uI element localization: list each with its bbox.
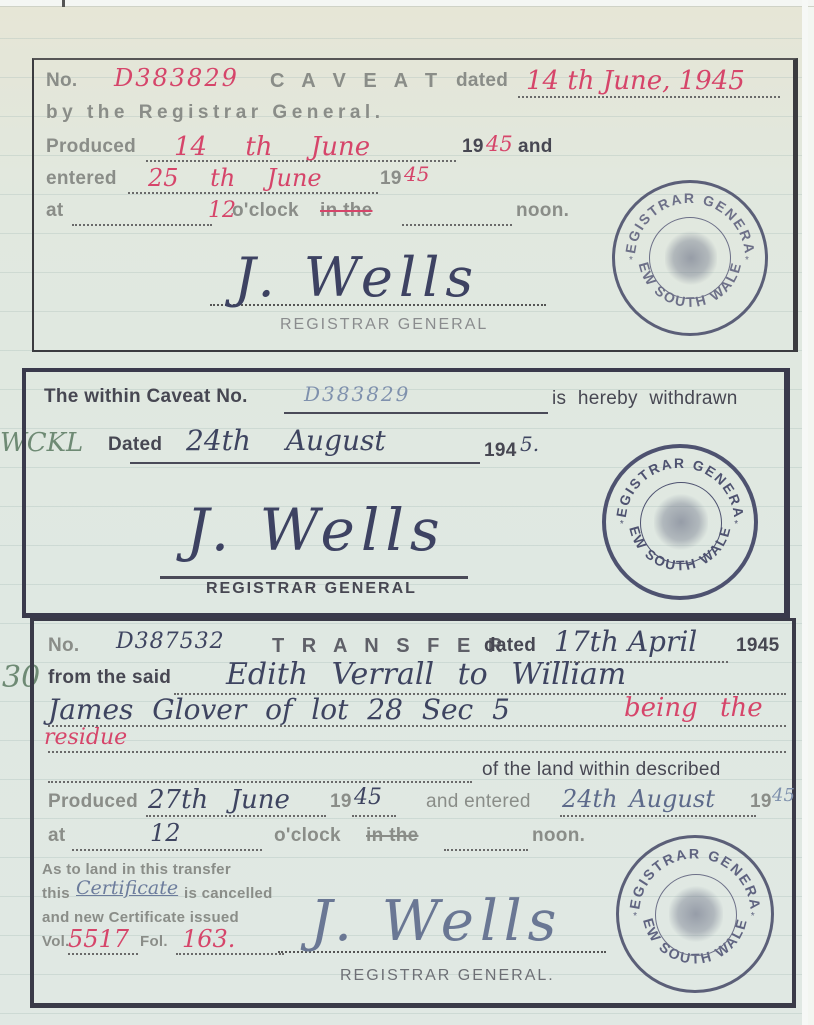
withdrawal-dated-value: 24th August: [186, 424, 386, 457]
caveat-produced-and: and: [518, 136, 553, 158]
caveat-oclock-text: o'clock: [232, 200, 299, 222]
withdrawal-year-prefix: 194: [484, 440, 517, 462]
withdrawal-dated-field-line: [130, 462, 480, 464]
transfer-in-the-struck: in the: [366, 825, 418, 847]
caveat-no-label: No.: [46, 70, 78, 92]
transfer-produced-value: 27th June: [148, 785, 290, 815]
coat-of-arms-icon: [654, 492, 708, 552]
transfer-at-label: at: [48, 825, 66, 847]
transfer-note-line-2-prefix: this: [42, 885, 70, 902]
transfer-note-line-2-suffix: is cancelled: [184, 885, 273, 902]
transfer-fol-value: 163.: [182, 925, 235, 953]
withdrawal-signature-line: [160, 576, 468, 579]
transfer-entry: No. D387532 T R A N S F E R dated 17th A…: [30, 618, 796, 1008]
caveat-period-field-line: [402, 224, 512, 226]
svg-text:*: *: [745, 255, 749, 266]
caveat-noon-text: noon.: [516, 200, 569, 222]
transfer-dated-value: 17th April: [554, 625, 697, 658]
transfer-dated-year: 1945: [736, 635, 779, 657]
transfer-from-line-1: Edith Verrall to William: [226, 657, 626, 692]
withdrawal-dated-label: Dated: [108, 434, 162, 456]
registrar-general-seal: REGISTRAR GENERAL NEW SOUTH WALES * *: [616, 835, 774, 993]
svg-text:*: *: [734, 519, 738, 530]
transfer-signatory-title: REGISTRAR GENERAL.: [340, 967, 555, 985]
transfer-vol-label: Vol.: [42, 933, 70, 950]
svg-text:*: *: [629, 255, 633, 266]
transfer-no-label: No.: [48, 635, 80, 657]
caveat-signature: J. Wells: [234, 246, 479, 309]
caveat-entered-value: 25 th June: [148, 164, 322, 192]
caveat-produced-label: Produced: [46, 136, 136, 158]
caveat-by-line: by the Registrar General.: [46, 102, 384, 124]
caveat-dated-field-line: [518, 96, 780, 98]
caveat-entry: No. D383829 C A V E A T dated 14 th June…: [32, 58, 798, 352]
transfer-land-text: of the land within described: [482, 759, 721, 781]
registrar-general-seal: REGISTRAR GENERAL NEW SOUTH WALES * *: [612, 180, 768, 336]
registrar-general-seal: REGISTRAR GENERAL NEW SOUTH WALES * *: [602, 444, 758, 600]
transfer-produced-label: Produced: [48, 791, 138, 813]
caveat-entered-label: entered: [46, 168, 117, 190]
transfer-from-field-line-3: [48, 751, 786, 753]
caveat-title: C A V E A T: [270, 70, 443, 93]
caveat-in-the-struck: in the: [320, 200, 372, 222]
transfer-produced-year-suffix: 45: [354, 785, 382, 810]
svg-text:*: *: [620, 519, 624, 530]
transfer-noon-text: noon.: [532, 825, 585, 847]
transfer-number: D387532: [116, 629, 225, 654]
transfer-signature: J. Wells: [310, 889, 562, 954]
withdrawal-number-field-line: [284, 412, 548, 414]
caveat-entered-field-line: [128, 192, 378, 194]
transfer-fol-field-line: [176, 953, 284, 955]
withdrawal-caveat-number: D383829: [304, 382, 410, 406]
caveat-at-field-line: [72, 224, 212, 226]
transfer-vol-value: 5517: [68, 925, 129, 953]
caveat-produced-year-prefix: 19: [462, 136, 484, 158]
transfer-land-field-line: [48, 781, 472, 783]
transfer-fol-label: Fol.: [140, 933, 168, 950]
transfer-oclock-text: o'clock: [274, 825, 341, 847]
coat-of-arms-icon: [669, 884, 723, 944]
withdrawal-lead-text: The within Caveat No.: [44, 386, 248, 408]
transfer-dated-label: dated: [484, 635, 536, 657]
caveat-produced-value: 14 th June: [174, 132, 370, 162]
transfer-produced-year-line: [352, 815, 396, 817]
transfer-entered-year-prefix: 19: [750, 791, 772, 813]
withdrawal-year-suffix: 5.: [520, 432, 539, 456]
transfer-hour-value: 12: [150, 819, 181, 847]
withdrawal-entry: The within Caveat No. D383829 is hereby …: [22, 368, 790, 618]
withdrawal-signatory-title: REGISTRAR GENERAL: [206, 580, 417, 598]
caveat-at-label: at: [46, 200, 64, 222]
withdrawal-trailing-text: is hereby withdrawn: [552, 388, 738, 410]
caveat-entered-year-suffix: 45: [404, 162, 429, 186]
caveat-dated-label: dated: [456, 70, 508, 92]
transfer-period-field-line: [444, 849, 528, 851]
page-top-edge: [0, 0, 814, 7]
withdrawal-signature: J. Wells: [186, 496, 446, 564]
caveat-entered-year-prefix: 19: [380, 168, 402, 190]
transfer-and-entered-label: and entered: [426, 791, 531, 813]
transfer-entered-value: 24th August: [562, 785, 715, 813]
svg-text:*: *: [633, 911, 637, 922]
transfer-entered-year-suffix: 45: [772, 785, 795, 806]
svg-text:*: *: [751, 911, 755, 922]
binding-mark: [62, 0, 65, 7]
transfer-from-line-3-red: residue: [44, 725, 127, 750]
caveat-produced-year-suffix: 45: [486, 132, 513, 156]
caveat-signatory-title: REGISTRAR GENERAL: [280, 316, 488, 334]
transfer-produced-field-line: [146, 815, 326, 817]
transfer-title: T R A N S F E R: [272, 635, 508, 658]
register-page: No. D383829 C A V E A T dated 14 th June…: [0, 0, 808, 1025]
transfer-from-label: from the said: [48, 667, 171, 689]
caveat-dated-value: 14 th June, 1945: [526, 66, 745, 96]
transfer-note-line-2-hand: Certificate: [76, 877, 178, 899]
page-right-edge: [802, 0, 808, 1025]
transfer-at-field-line: [72, 849, 262, 851]
transfer-note-line-3: and new Certificate issued: [42, 909, 239, 926]
transfer-from-line-2: James Glover of lot 28 Sec 5: [48, 693, 510, 726]
transfer-entered-field-line: [560, 815, 756, 817]
caveat-number: D383829: [114, 64, 239, 92]
transfer-vol-field-line: [68, 953, 138, 955]
coat-of-arms-icon: [665, 229, 717, 287]
transfer-from-line-2-red: being the: [624, 693, 763, 723]
transfer-produced-year-prefix: 19: [330, 791, 352, 813]
transfer-note-line-1: As to land in this transfer: [42, 861, 231, 878]
